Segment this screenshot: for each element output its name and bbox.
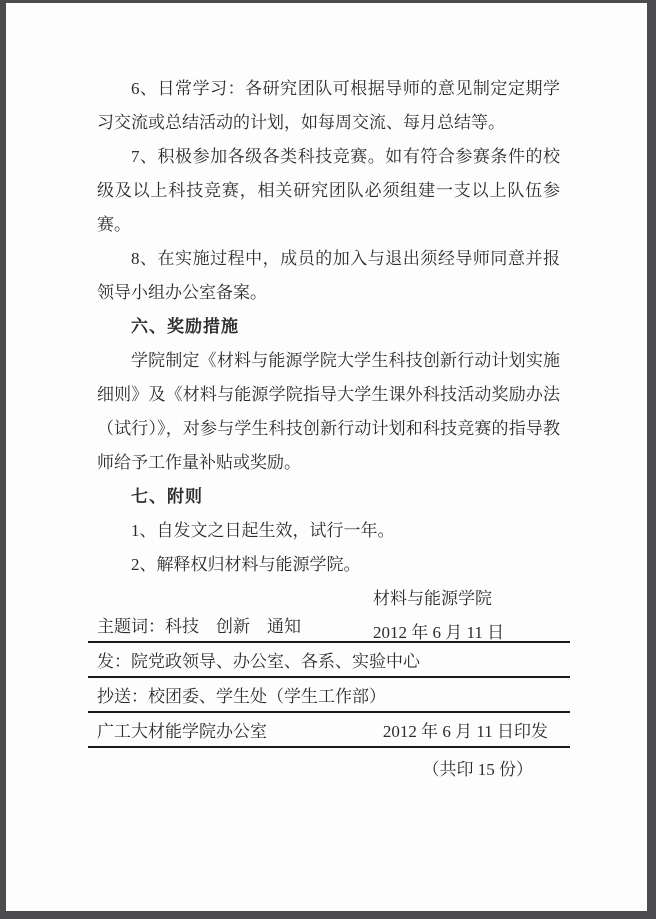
document-viewer: 6、日常学习：各研究团队可根据导师的意见制定定期学习交流或总结活动的计划，如每周… (0, 0, 656, 919)
copy-to-row: 抄送：校团委、学生处（学生工作部） (88, 678, 570, 713)
section-heading-rewards: 六、奖励措施 (97, 310, 560, 344)
paragraph-competitions: 7、积极参加各级各类科技竞赛。如有符合参赛条件的校级及以上科技竞赛，相关研究团队… (97, 140, 560, 242)
document-body: 6、日常学习：各研究团队可根据导师的意见制定定期学习交流或总结活动的计划，如每周… (6, 3, 647, 650)
document-footer: 主题词：科技 创新 通知 发：院党政领导、办公室、各系、实验中心 抄送：校团委、… (88, 608, 570, 786)
paragraph-daily-study: 6、日常学习：各研究团队可根据导师的意见制定定期学习交流或总结活动的计划，如每周… (97, 72, 560, 140)
distribution-text: 发：院党政领导、办公室、各系、实验中心 (97, 647, 420, 672)
subject-keywords-row: 主题词：科技 创新 通知 (88, 608, 570, 643)
document-page: 6、日常学习：各研究团队可根据导师的意见制定定期学习交流或总结活动的计划，如每周… (6, 3, 647, 911)
copies-note-row: （共印 15 份） (88, 748, 570, 786)
issuer-row: 广工大材能学院办公室 2012 年 6 月 11 日印发 (88, 713, 570, 748)
issuer-name: 广工大材能学院办公室 (97, 717, 267, 742)
copy-to-text: 抄送：校团委、学生处（学生工作部） (97, 682, 386, 707)
paragraph-membership-changes: 8、在实施过程中，成员的加入与退出须经导师同意并报领导小组办公室备案。 (97, 242, 560, 310)
issue-date: 2012 年 6 月 11 日印发 (383, 717, 548, 742)
distribution-row: 发：院党政领导、办公室、各系、实验中心 (88, 643, 570, 678)
paragraph-reward-policy: 学院制定《材料与能源学院大学生科技创新行动计划实施细则》及《材料与能源学院指导大… (97, 344, 560, 480)
section-heading-supplementary: 七、附则 (97, 480, 560, 514)
subject-keywords-text: 主题词：科技 创新 通知 (97, 612, 301, 637)
copies-note-text: （共印 15 份） (423, 755, 534, 780)
paragraph-interpretation-right: 2、解释权归材料与能源学院。 (97, 548, 560, 582)
paragraph-effective-date: 1、自发文之日起生效，试行一年。 (97, 514, 560, 548)
